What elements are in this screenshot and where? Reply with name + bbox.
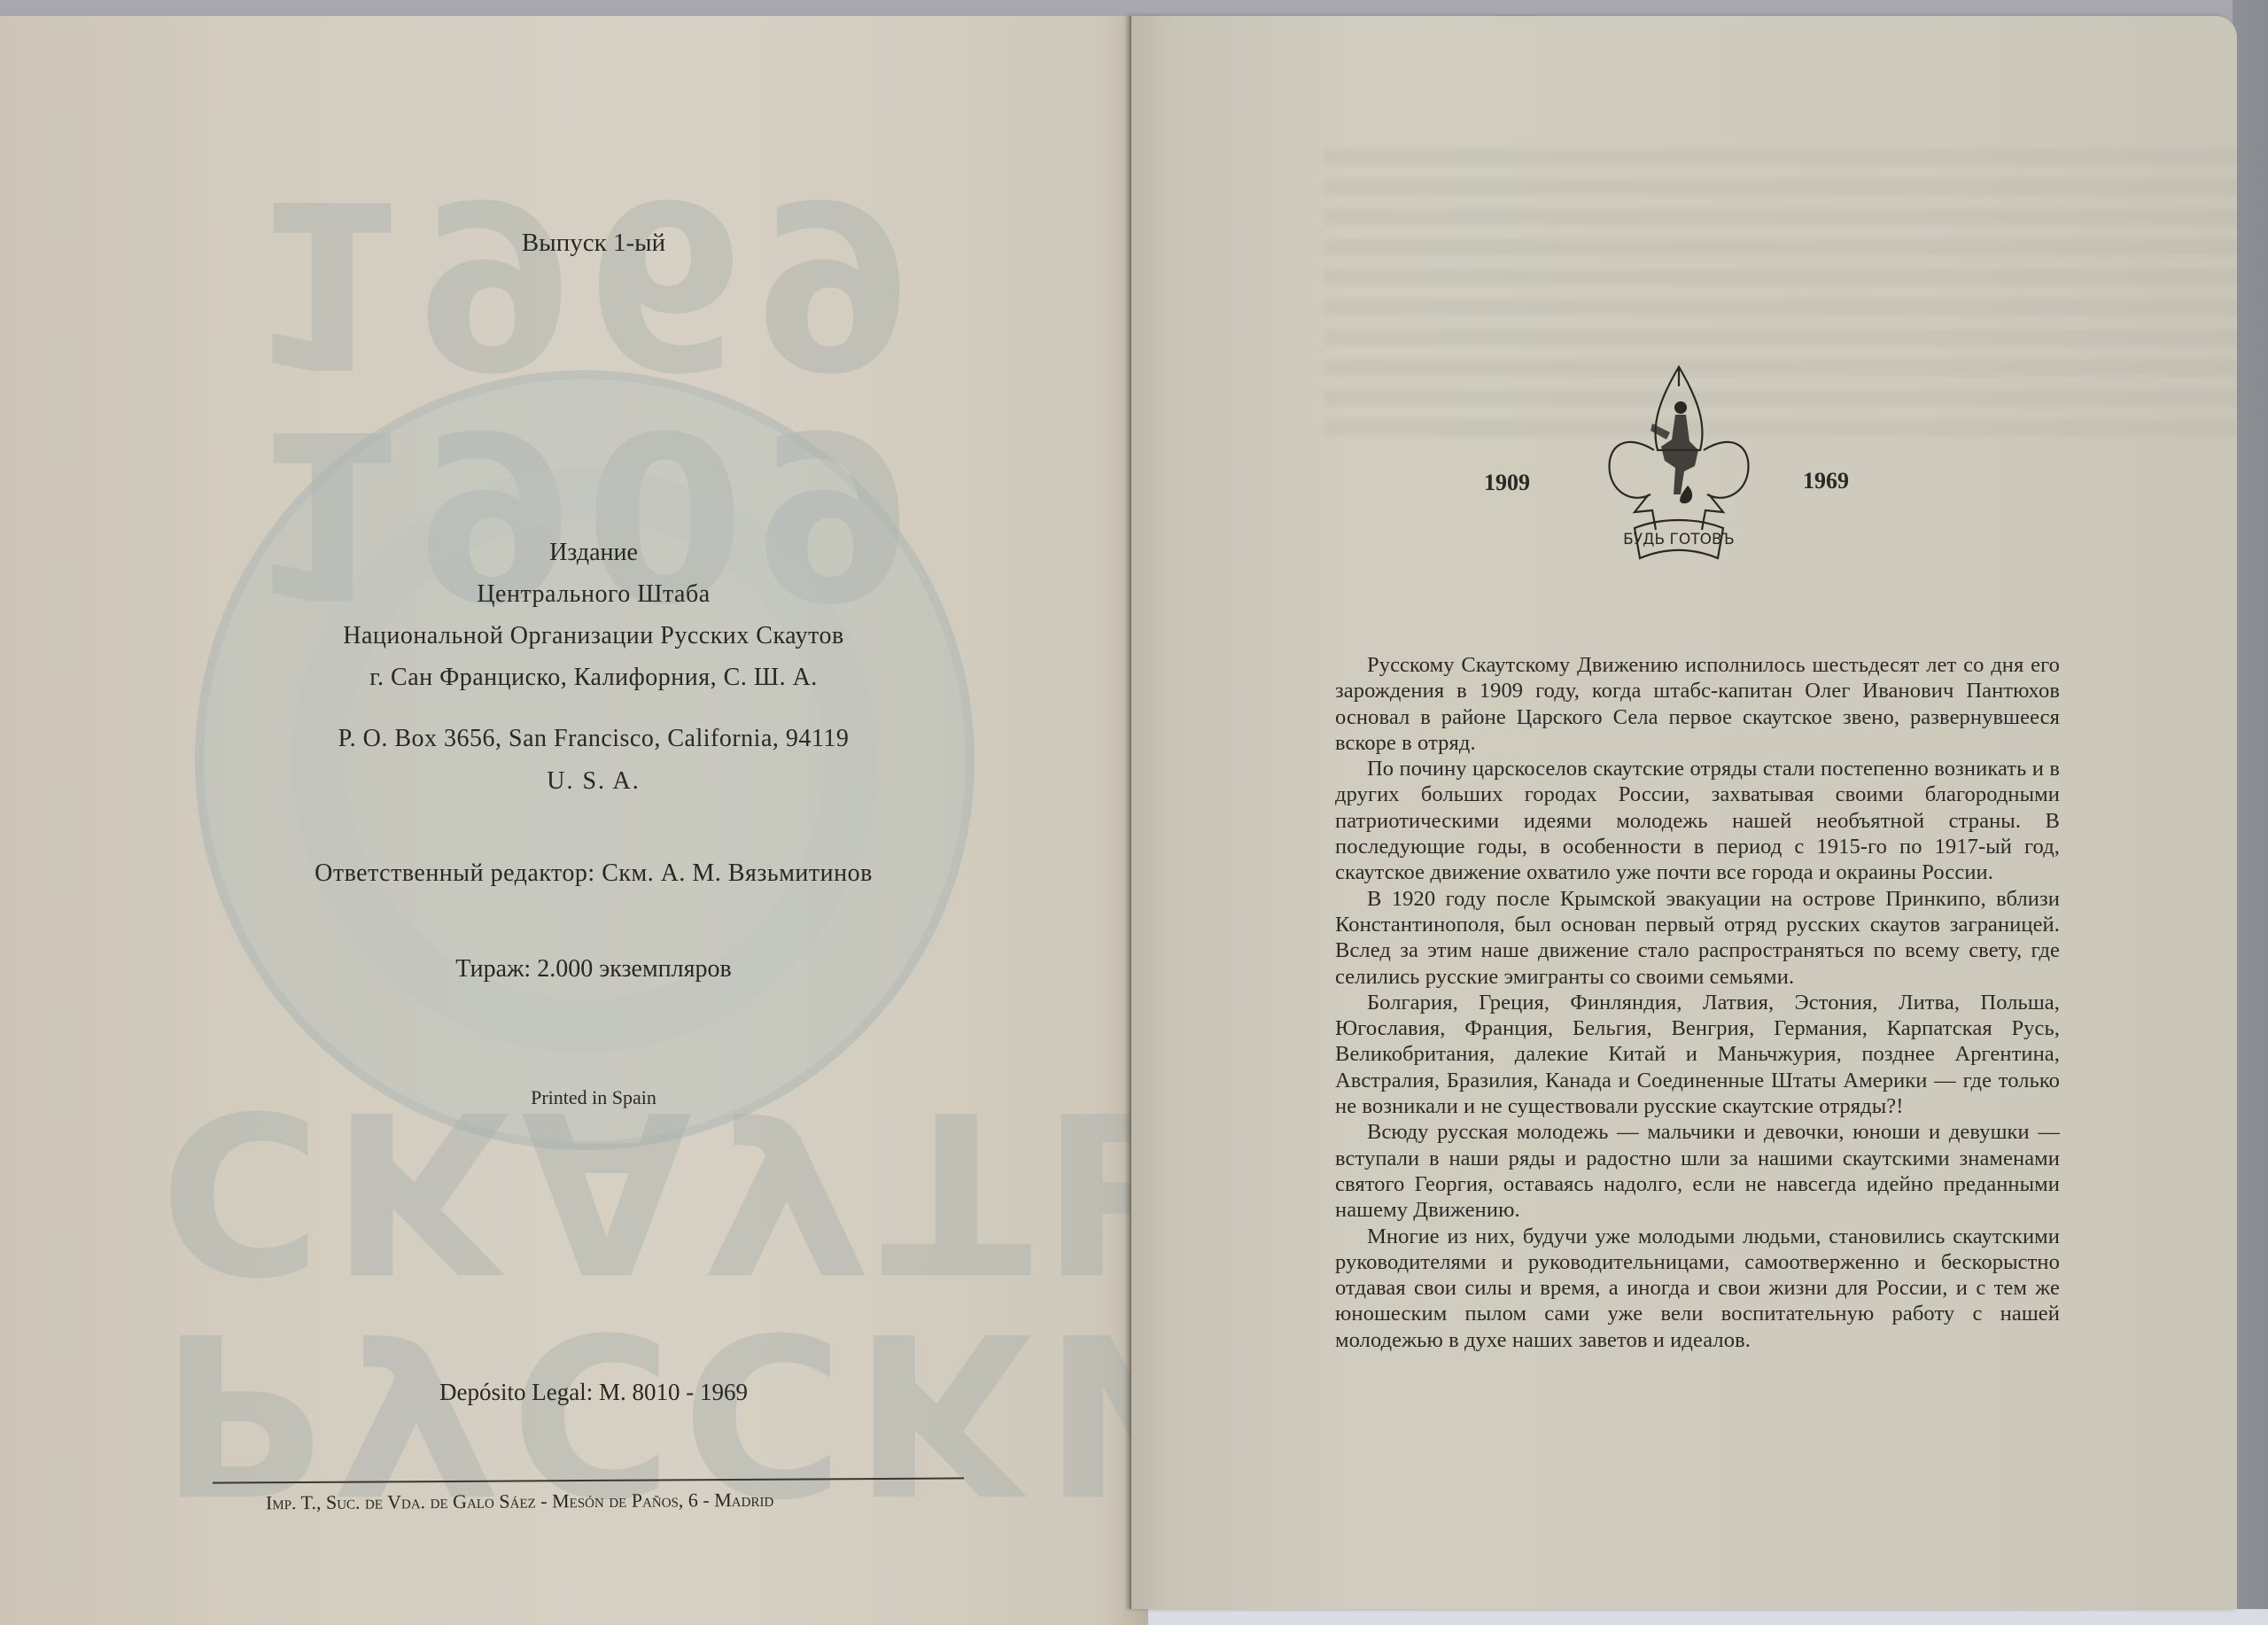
background-surface-bottom: [1143, 1609, 2268, 1625]
print-run: Тираж: 2.000 экземпляров: [0, 955, 1148, 984]
paragraph: В 1920 году после Крымской эвакуации на …: [1335, 886, 2060, 990]
printed-in: Printed in Spain: [0, 1086, 1148, 1109]
legal-deposit: Depósito Legal: M. 8010 - 1969: [0, 1379, 1148, 1406]
printer-imprint: Imp. T., Suc. de Vda. de Galo Sáez - Mes…: [266, 1488, 939, 1515]
paragraph: По почину царскоселов скаутские отряды с…: [1335, 756, 2060, 885]
postal-country: U. S. A.: [0, 767, 1148, 796]
footer-rule: [213, 1477, 964, 1483]
history-text: Русскому Скаутскому Движению исполнилось…: [1335, 652, 2060, 1353]
postal-address: P. O. Box 3656, San Francisco, Californi…: [0, 725, 1148, 753]
issue-number: Выпуск 1-ый: [0, 229, 1148, 258]
motto-text: БУДЬ ГОТОВЪ: [1623, 531, 1735, 548]
left-page: 1909 1969 РУССКИЕ СКАУТЫ Выпуск 1-ый Изд…: [0, 16, 1148, 1625]
publisher-line-1: Центрального Штаба: [0, 580, 1148, 609]
year-start: 1909: [1484, 470, 1530, 496]
right-page: 1909 БУДЬ ГОТОВЪ: [1130, 16, 2237, 1609]
publisher-line-3: г. Сан Франциско, Калифорния, С. Ш. А.: [0, 664, 1148, 692]
publisher-label: Издание: [0, 539, 1148, 567]
scout-fleur-de-lis-icon: БУДЬ ГОТОВЪ: [1599, 362, 1759, 574]
anniversary-emblem-row: 1909 БУДЬ ГОТОВЪ: [1484, 362, 2104, 574]
publisher-line-2: Национальной Организации Русских Скаутов: [0, 622, 1148, 650]
paragraph: Русскому Скаутскому Движению исполнилось…: [1335, 652, 2060, 756]
imprint-page-content: Выпуск 1-ый Издание Центрального Штаба Н…: [0, 16, 1148, 1625]
editor-credit: Ответственный редактор: Скм. А. М. Вязьм…: [0, 859, 1148, 888]
paragraph: Болгария, Греция, Финляндия, Латвия, Эст…: [1335, 990, 2060, 1119]
year-end: 1969: [1803, 468, 1849, 494]
paragraph: Многие из них, будучи уже молодыми людьм…: [1335, 1224, 2060, 1353]
paragraph: Всюду русская молодежь — мальчики и дево…: [1335, 1119, 2060, 1223]
